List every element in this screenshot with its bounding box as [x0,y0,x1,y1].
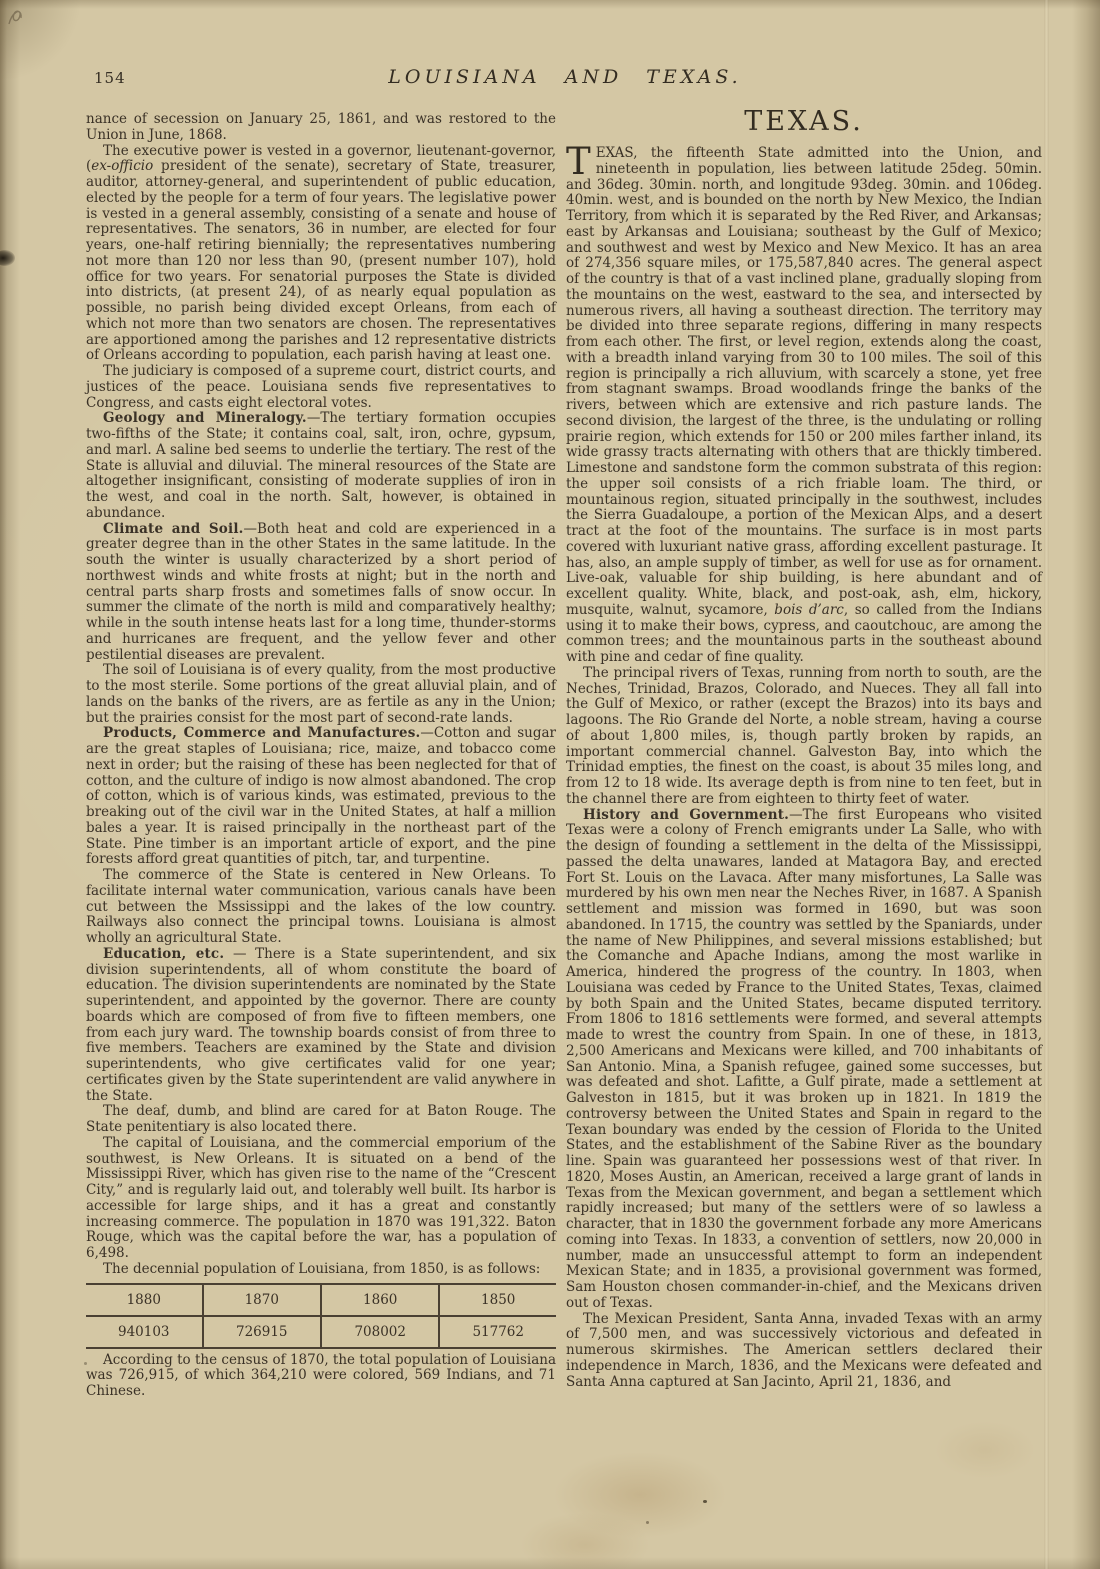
texas-text-block: TEXAS, the fifteenth State admitted into… [566,146,1042,1390]
text-run: The soil of Louisiana is of every qualit… [86,662,556,725]
text-run: bois d’arc [774,602,844,618]
table-value-row: 940103 726915 708002 517762 [86,1316,556,1348]
section-lead: Products, Commerce and Manufactures. [103,725,420,741]
paragraph: Education, etc. — There is a State super… [86,947,556,1105]
table-header-cell: 1850 [439,1284,556,1316]
text-run: The commerce of the State is centered in… [86,867,556,946]
paragraph: The decennial population of Louisiana, f… [86,1262,556,1278]
paragraph: The soil of Louisiana is of every qualit… [86,663,556,726]
text-run: The Mexican President, Santa Anna, invad… [566,1311,1042,1390]
section-lead: Climate and Soil. [103,521,244,537]
section-lead: Education, etc. [103,946,224,962]
paragraph: The executive power is vested in a gover… [86,144,556,365]
pencil-mark [5,3,31,31]
paper-crease [1044,0,1049,1569]
text-run: According to the census of 1870, the tot… [86,1352,556,1400]
text-run: — There is a State superintendent, and s… [86,946,556,1104]
table-header-cell: 1880 [86,1284,203,1316]
section-lead: History and Government. [583,807,789,823]
text-run: ex-officio [91,158,153,174]
louisiana-column: nance of secession on January 25, 1861, … [86,112,556,1400]
text-run: nance of secession on January 25, 1861, … [86,111,556,143]
paragraph: Geology and Mineralogy.—The tertiary for… [86,411,556,521]
table-data-cell: 517762 [439,1316,556,1348]
texas-heading: TEXAS. [566,106,1042,137]
texas-column: TEXAS. TEXAS, the fifteenth State admitt… [566,106,1042,1390]
table-header-row: 1880 1870 1860 1850 [86,1284,556,1316]
table-header-cell: 1870 [203,1284,321,1316]
running-head: LOUISIANA AND TEXAS. [30,66,1100,88]
paragraph: The deaf, dumb, and blind are cared for … [86,1104,556,1136]
table-data-cell: 940103 [86,1316,203,1348]
louisiana-census-note: According to the census of 1870, the tot… [86,1353,556,1400]
ink-blot [0,250,15,266]
population-table: 1880 1870 1860 1850 940103 726915 708002… [86,1283,556,1349]
paragraph: The principal rivers of Texas, running f… [566,666,1042,808]
paragraph: Products, Commerce and Manufactures.—Cot… [86,726,556,868]
paragraph: TEXAS, the fifteenth State admitted into… [566,146,1042,666]
text-run: The decennial population of Louisiana, f… [103,1261,540,1277]
text-run: The deaf, dumb, and blind are cared for … [86,1103,556,1135]
paragraph: The capital of Louisiana, and the commer… [86,1136,556,1262]
text-run: The judiciary is composed of a supreme c… [86,363,556,411]
paragraph: The Mexican President, Santa Anna, invad… [566,1312,1042,1391]
paragraph: History and Government.—The first Europe… [566,808,1042,1312]
paragraph: nance of secession on January 25, 1861, … [86,112,556,144]
book-page: 154 LOUISIANA AND TEXAS. nance of secess… [0,0,1100,1569]
text-run: EXAS, the fifteenth State admitted into … [566,145,1042,618]
text-run: —Both heat and cold are experienced in a… [86,521,556,663]
drop-cap: T [566,148,591,176]
text-run: —The tertiary formation occupies two-fif… [86,410,556,521]
paper-speck [646,1521,649,1524]
text-run: —The first Europeans who visited Texas w… [566,807,1042,1311]
section-lead: Geology and Mineralogy. [103,410,307,426]
paragraph: The judiciary is composed of a supreme c… [86,364,556,411]
louisiana-text-block: nance of secession on January 25, 1861, … [86,112,556,1278]
text-run: president of the senate), secretary of S… [86,158,556,363]
paragraph: According to the census of 1870, the tot… [86,1353,556,1400]
text-run: —Cotton and sugar are the great staples … [86,725,556,867]
text-run: The capital of Louisiana, and the commer… [86,1135,556,1261]
text-run: The principal rivers of Texas, running f… [566,665,1042,807]
table-data-cell: 708002 [321,1316,439,1348]
paragraph: Climate and Soil.—Both heat and cold are… [86,522,556,664]
table-data-cell: 726915 [203,1316,321,1348]
paragraph: The commerce of the State is centered in… [86,868,556,947]
table-header-cell: 1860 [321,1284,439,1316]
paper-speck [703,1500,707,1503]
